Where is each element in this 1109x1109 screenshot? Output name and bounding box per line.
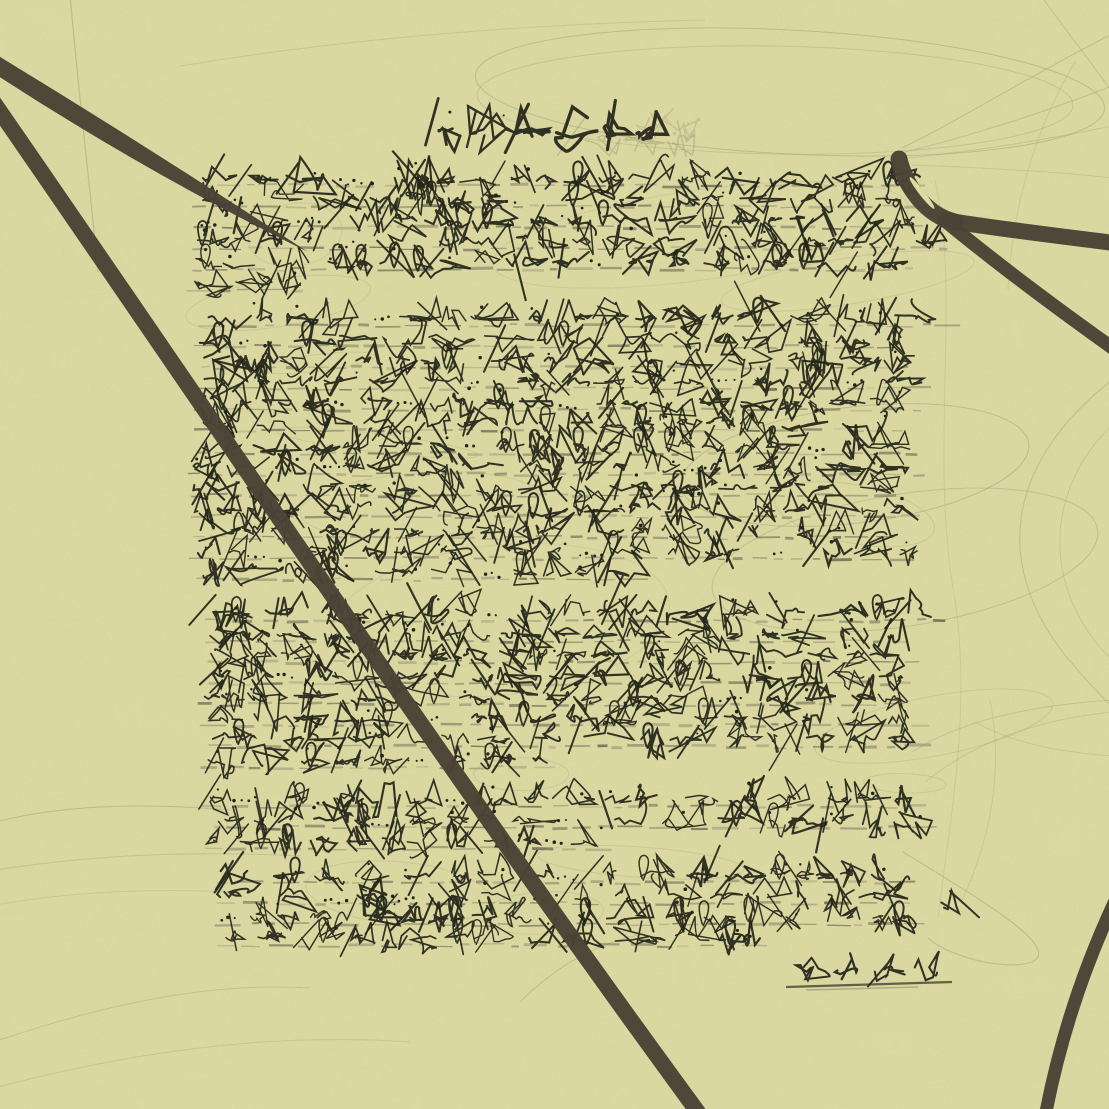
grain-overlay: [0, 0, 1109, 1109]
asemic-letter-canvas: [0, 0, 1109, 1109]
asemic-letter-artwork: [0, 0, 1109, 1109]
